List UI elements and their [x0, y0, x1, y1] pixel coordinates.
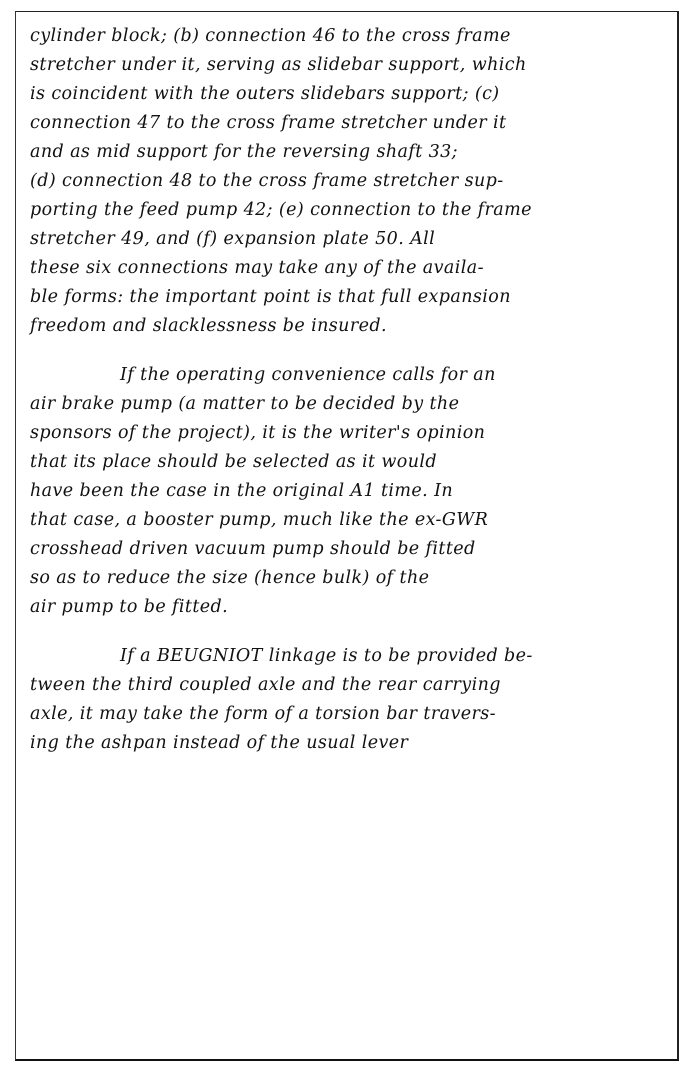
text-line: so as to reduce the size (hence bulk) of… [30, 564, 670, 593]
text-line: freedom and slacklessness be insured. [30, 312, 670, 341]
text-line: ble forms: the important point is that f… [30, 283, 670, 312]
text-line: connection 47 to the cross frame stretch… [30, 109, 670, 138]
text-line: air pump to be fitted. [30, 593, 670, 622]
text-line: that case, a booster pump, much like the… [30, 506, 670, 535]
text-line: tween the third coupled axle and the rea… [30, 671, 670, 700]
paragraph-connections: cylinder block; (b) connection 46 to the… [30, 22, 670, 341]
handwritten-text-body: cylinder block; (b) connection 46 to the… [30, 22, 670, 758]
text-line: If a BEUGNIOT linkage is to be provided … [30, 642, 670, 671]
text-line: these six connections may take any of th… [30, 254, 670, 283]
paragraph-spacer [30, 622, 670, 642]
text-line: and as mid support for the reversing sha… [30, 138, 670, 167]
text-line: crosshead driven vacuum pump should be f… [30, 535, 670, 564]
text-line: (d) connection 48 to the cross frame str… [30, 167, 670, 196]
text-line: porting the feed pump 42; (e) connection… [30, 196, 670, 225]
text-line: stretcher under it, serving as slidebar … [30, 51, 670, 80]
text-line: that its place should be selected as it … [30, 448, 670, 477]
text-line: ing the ashpan instead of the usual leve… [30, 729, 670, 758]
text-line: air brake pump (a matter to be decided b… [30, 390, 670, 419]
text-line: cylinder block; (b) connection 46 to the… [30, 22, 670, 51]
text-line: have been the case in the original A1 ti… [30, 477, 670, 506]
paragraph-spacer [30, 341, 670, 361]
text-line: stretcher 49, and (f) expansion plate 50… [30, 225, 670, 254]
text-line: sponsors of the project), it is the writ… [30, 419, 670, 448]
paragraph-beugniot-linkage: If a BEUGNIOT linkage is to be provided … [30, 642, 670, 758]
text-line: If the operating convenience calls for a… [30, 361, 670, 390]
text-line: axle, it may take the form of a torsion … [30, 700, 670, 729]
text-line: is coincident with the outers slidebars … [30, 80, 670, 109]
paragraph-air-brake-pump: If the operating convenience calls for a… [30, 361, 670, 622]
